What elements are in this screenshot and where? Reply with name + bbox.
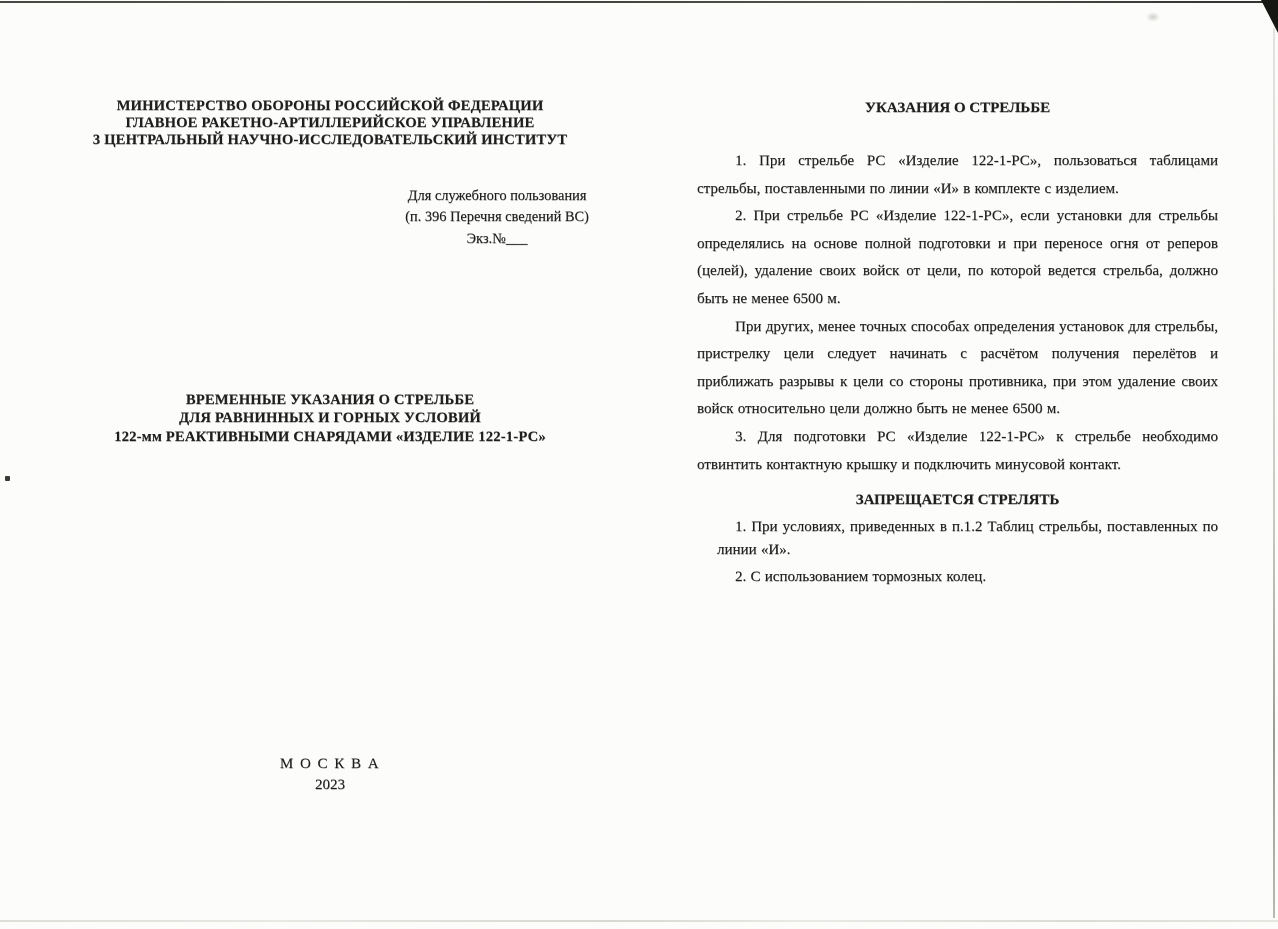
year-line: 2023	[30, 775, 630, 796]
title-line: 122-мм РЕАКТИВНЫМИ СНАРЯДАМИ «ИЗДЕЛИЕ 12…	[25, 428, 635, 446]
instruction-paragraph: 3. Для подготовки РС «Изделие 122-1-РС» …	[697, 424, 1218, 479]
title-line: ВРЕМЕННЫЕ УКАЗАНИЯ О СТРЕЛЬБЕ	[25, 391, 635, 409]
scan-smudge	[1146, 12, 1160, 22]
ministry-header: МИНИСТЕРСТВО ОБОРОНЫ РОССИЙСКОЙ ФЕДЕРАЦИ…	[30, 98, 630, 150]
prohibited-heading: ЗАПРЕЩАЕТСЯ СТРЕЛЯТЬ	[697, 492, 1218, 509]
firing-instructions-body: 1. При стрельбе РС «Изделие 122-1-РС», п…	[697, 148, 1218, 479]
firing-instructions-heading: УКАЗАНИЯ О СТРЕЛЬБЕ	[697, 100, 1218, 117]
prohibited-list: 1. При условиях, приведенных в п.1.2 Таб…	[697, 516, 1218, 593]
scan-edge-bottom	[0, 920, 1278, 922]
scan-speck	[5, 476, 10, 481]
scan-edge-right	[1273, 28, 1275, 918]
ministry-line: МИНИСТЕРСТВО ОБОРОНЫ РОССИЙСКОЙ ФЕДЕРАЦИ…	[30, 98, 630, 115]
instruction-paragraph: 2. При стрельбе РС «Изделие 122-1-РС», е…	[697, 203, 1218, 313]
classification-line: (п. 396 Перечня сведений ВС)	[396, 207, 598, 228]
prohibited-item: 2. С использованием тормозных колец.	[697, 566, 1218, 589]
instruction-paragraph: 1. При стрельбе РС «Изделие 122-1-РС», п…	[697, 148, 1218, 203]
scanned-document: { "document": { "ink_color": "#1e1e1c", …	[0, 0, 1278, 929]
scan-edge-top	[0, 1, 1278, 3]
prohibited-item: 1. При условиях, приведенных в п.1.2 Таб…	[697, 516, 1218, 562]
document-title: ВРЕМЕННЫЕ УКАЗАНИЯ О СТРЕЛЬБЕ ДЛЯ РАВНИН…	[25, 391, 635, 446]
copy-number-line: Экз.№___	[396, 229, 598, 250]
classification-block: Для служебного пользования (п. 396 Переч…	[396, 186, 598, 250]
classification-line: Для служебного пользования	[396, 186, 598, 207]
title-line: ДЛЯ РАВНИННЫХ И ГОРНЫХ УСЛОВИЙ	[25, 409, 635, 427]
ministry-line: 3 ЦЕНТРАЛЬНЫЙ НАУЧНО-ИССЛЕДОВАТЕЛЬСКИЙ И…	[30, 132, 630, 149]
place-line: М О С К В А	[30, 754, 630, 775]
ministry-line: ГЛАВНОЕ РАКЕТНО-АРТИЛЛЕРИЙСКОЕ УПРАВЛЕНИ…	[30, 115, 630, 132]
scan-corner-top-right	[1261, 0, 1278, 33]
imprint-block: М О С К В А 2023	[30, 754, 630, 795]
instruction-paragraph: При других, менее точных способах опреде…	[697, 314, 1218, 424]
